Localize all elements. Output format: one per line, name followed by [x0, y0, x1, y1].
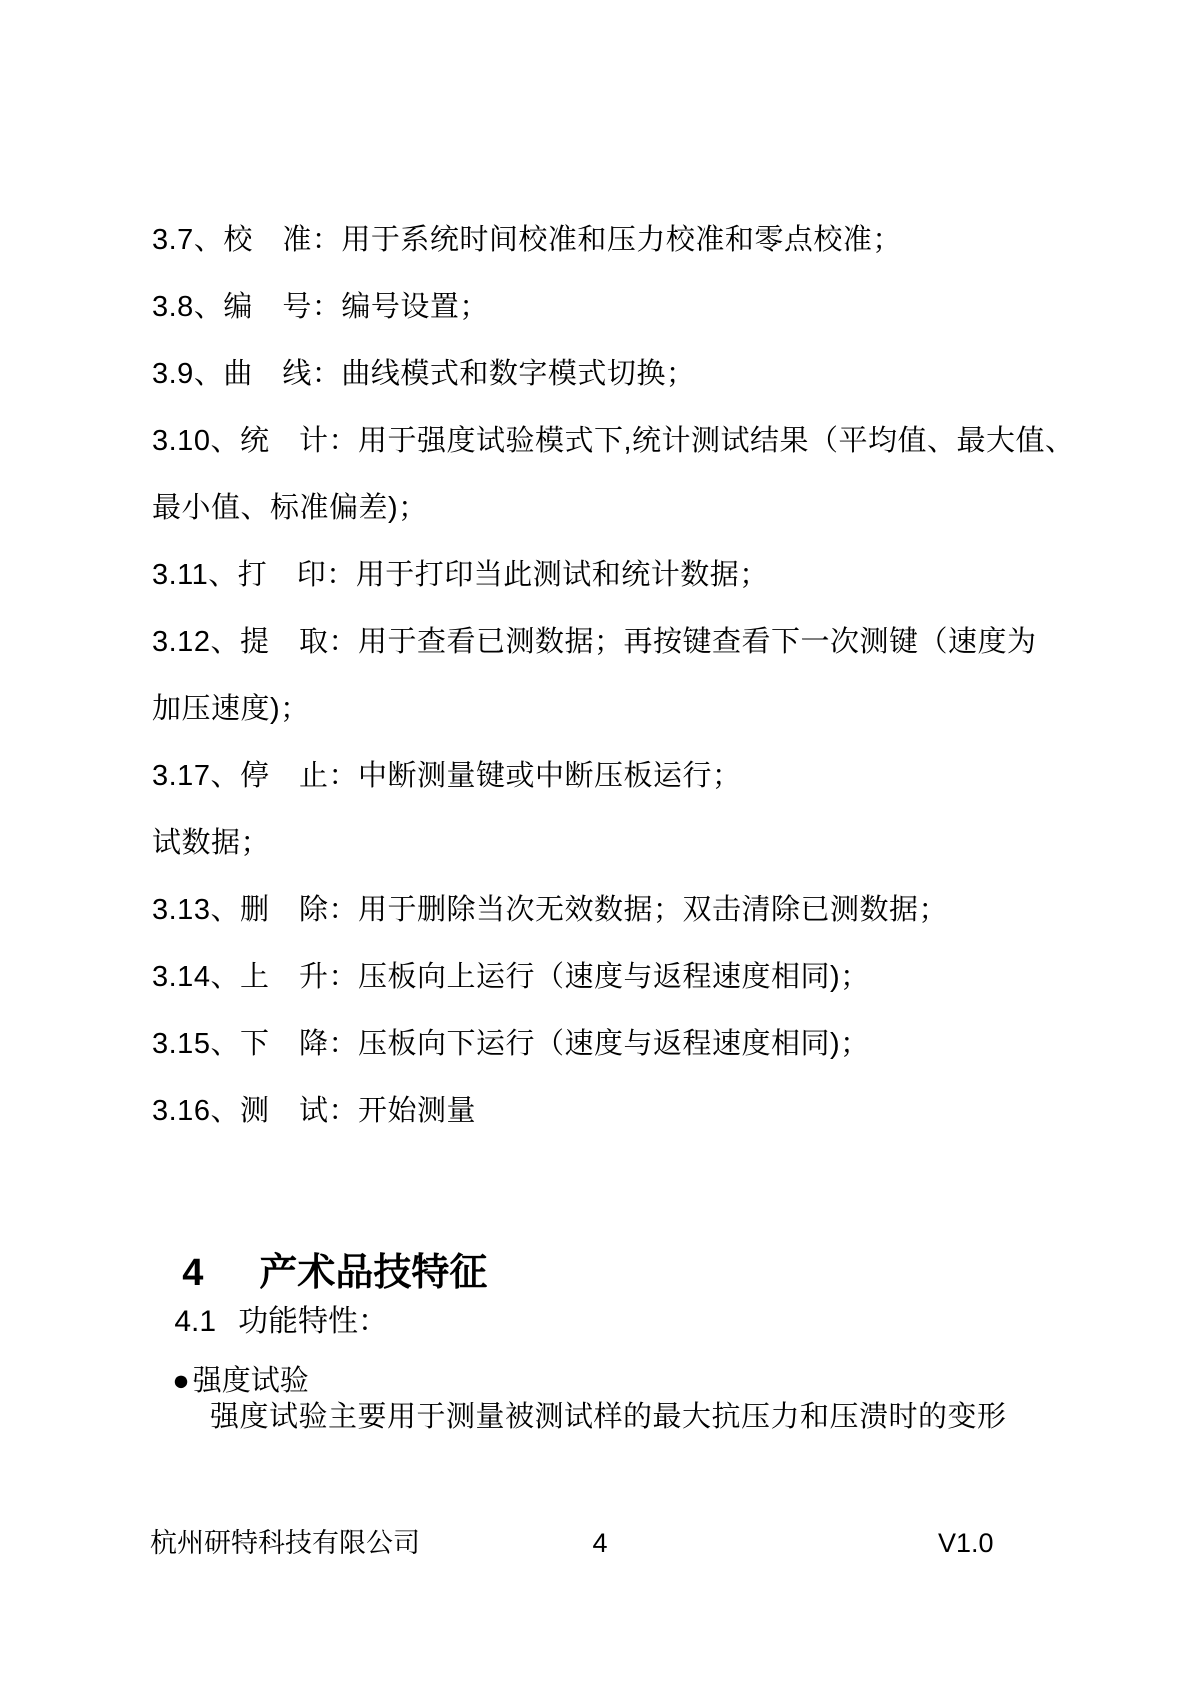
- list-item-3-8: 3.8、编 号：编号设置；: [152, 274, 1082, 341]
- list-item-3-17: 3.17、停 止：中断测量键或中断压板运行；: [152, 743, 1082, 810]
- bullet-label: 强度试验: [193, 1365, 309, 1397]
- page-footer: 4 杭州研特科技有限公司 V1.0: [0, 1526, 1200, 1560]
- list-item-3-13: 3.13、删 除：用于删除当次无效数据；双击清除已测数据；: [152, 877, 1082, 944]
- orphan-text-line: 试数据；: [152, 810, 1082, 877]
- list-item-3-10-cont: 最小值、标准偏差)；: [152, 475, 1082, 542]
- list-item-3-7: 3.7、校 准：用于系统时间校准和压力校准和零点校准；: [152, 207, 1082, 274]
- list-item-3-14: 3.14、上 升：压板向上运行（速度与返程速度相同)；: [152, 944, 1082, 1011]
- bullet-icon: ●: [172, 1365, 190, 1397]
- footer-version: V1.0: [938, 1526, 994, 1560]
- list-item-3-11: 3.11、打 印：用于打印当此测试和统计数据；: [152, 542, 1082, 609]
- list-item-3-9: 3.9、曲 线：曲线模式和数字模式切换；: [152, 341, 1082, 408]
- list-item-3-12-cont: 加压速度)；: [152, 676, 1082, 743]
- list-item-3-10: 3.10、统 计：用于强度试验模式下,统计测试结果（平均值、最大值、: [152, 408, 1082, 475]
- list-item-3-16: 3.16、测 试：开始测量: [152, 1078, 1082, 1145]
- list-item-3-12: 3.12、提 取：用于查看已测数据；再按键查看下一次测键（速度为: [152, 609, 1082, 676]
- list-item-3-15: 3.15、下 降：压板向下运行（速度与返程速度相同)；: [152, 1011, 1082, 1078]
- body-paragraph: 强度试验主要用于测量被测试样的最大抗压力和压溃时的变形: [210, 1400, 1090, 1435]
- numbered-list: 3.7、校 准：用于系统时间校准和压力校准和零点校准； 3.8、编 号：编号设置…: [152, 207, 1082, 1145]
- footer-company: 杭州研特科技有限公司: [150, 1526, 420, 1560]
- document-page: 3.7、校 准：用于系统时间校准和压力校准和零点校准； 3.8、编 号：编号设置…: [0, 0, 1200, 1702]
